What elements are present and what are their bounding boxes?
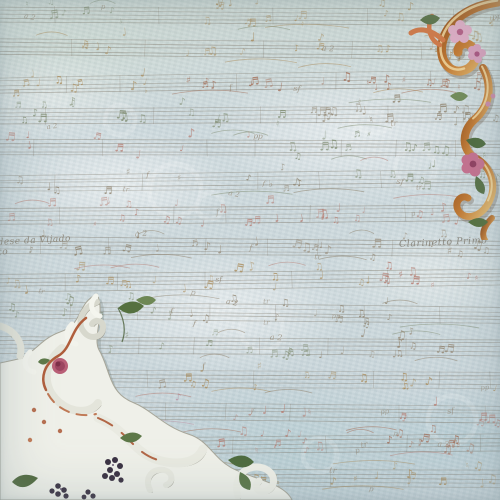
svg-text:♪: ♪ bbox=[104, 43, 113, 58]
svg-text:♬: ♬ bbox=[12, 89, 21, 100]
svg-text:♩: ♩ bbox=[478, 476, 485, 491]
svg-text:♩: ♩ bbox=[226, 0, 233, 10]
svg-text:♪: ♪ bbox=[279, 162, 287, 174]
svg-text:♮: ♮ bbox=[369, 114, 375, 125]
svg-text:♬: ♬ bbox=[438, 476, 447, 488]
svg-text:♪: ♪ bbox=[203, 77, 210, 88]
svg-text:♬: ♬ bbox=[190, 237, 199, 248]
svg-text:♬: ♬ bbox=[114, 141, 124, 155]
svg-text:♬: ♬ bbox=[115, 107, 127, 122]
svg-text:♬: ♬ bbox=[399, 412, 407, 422]
svg-text:a 2: a 2 bbox=[46, 122, 58, 131]
svg-text:p: p bbox=[354, 445, 361, 455]
svg-text:♫: ♫ bbox=[20, 115, 30, 126]
svg-text:♫: ♫ bbox=[313, 438, 326, 454]
svg-text:pp: pp bbox=[331, 312, 341, 320]
svg-text:♪: ♪ bbox=[386, 434, 393, 446]
svg-text:♫: ♫ bbox=[201, 14, 212, 27]
svg-text:♫: ♫ bbox=[44, 217, 54, 229]
svg-text:♪: ♪ bbox=[133, 207, 141, 219]
svg-text:♬: ♬ bbox=[14, 100, 22, 110]
svg-text:♬: ♬ bbox=[105, 275, 115, 287]
svg-text:♪: ♪ bbox=[74, 273, 82, 286]
svg-text:pp: pp bbox=[480, 383, 490, 392]
svg-text:♫: ♫ bbox=[487, 472, 499, 487]
svg-text:♯: ♯ bbox=[431, 280, 435, 289]
svg-text:♫: ♫ bbox=[384, 260, 394, 272]
svg-text:♬: ♬ bbox=[102, 245, 112, 257]
left-margin-inscription: edese da Vijado ato bbox=[0, 234, 72, 258]
svg-text:f: f bbox=[261, 179, 267, 187]
svg-text:♯: ♯ bbox=[474, 273, 478, 282]
svg-text:♫: ♫ bbox=[352, 166, 364, 181]
svg-text:♬: ♬ bbox=[4, 130, 16, 145]
svg-text:♩: ♩ bbox=[26, 139, 33, 152]
svg-text:♫: ♫ bbox=[186, 107, 196, 119]
svg-text:♪: ♪ bbox=[407, 326, 415, 338]
svg-text:♬: ♬ bbox=[344, 143, 353, 154]
svg-text:a 2: a 2 bbox=[228, 188, 241, 199]
svg-text:♮: ♮ bbox=[307, 408, 312, 418]
svg-text:♭: ♭ bbox=[119, 16, 124, 25]
svg-text:♩: ♩ bbox=[46, 181, 52, 193]
svg-text:♫: ♫ bbox=[395, 349, 405, 360]
svg-text:♯: ♯ bbox=[398, 269, 405, 281]
svg-text:♫: ♫ bbox=[482, 246, 490, 256]
svg-text:♩: ♩ bbox=[276, 80, 283, 95]
svg-text:♫: ♫ bbox=[301, 239, 313, 255]
svg-text:♪: ♪ bbox=[424, 374, 434, 389]
deep-pink-flower bbox=[462, 153, 485, 177]
svg-text:♩: ♩ bbox=[432, 394, 439, 409]
svg-text:♬: ♬ bbox=[92, 131, 102, 143]
svg-text:♩: ♩ bbox=[35, 77, 41, 89]
svg-text:♫: ♫ bbox=[137, 112, 148, 126]
svg-text:f: f bbox=[145, 170, 150, 179]
svg-text:♪: ♪ bbox=[325, 110, 334, 124]
svg-text:♮: ♮ bbox=[25, 0, 28, 8]
svg-text:♩: ♩ bbox=[249, 30, 256, 44]
svg-text:♩: ♩ bbox=[321, 129, 327, 143]
svg-text:♩: ♩ bbox=[320, 212, 325, 223]
svg-text:♬: ♬ bbox=[247, 17, 257, 30]
svg-text:♬: ♬ bbox=[81, 6, 91, 18]
svg-text:♩: ♩ bbox=[29, 68, 36, 81]
svg-text:♫: ♫ bbox=[381, 274, 392, 287]
bottom-left-rococo-flourish bbox=[0, 290, 300, 500]
svg-text:♪: ♪ bbox=[303, 446, 310, 457]
svg-text:♫: ♫ bbox=[327, 136, 340, 152]
svg-text:♩: ♩ bbox=[185, 49, 190, 59]
svg-text:♪: ♪ bbox=[245, 172, 252, 183]
svg-text:♪: ♪ bbox=[178, 96, 186, 109]
svg-text:♮: ♮ bbox=[465, 460, 470, 471]
svg-text:♭: ♭ bbox=[268, 179, 273, 190]
svg-text:♩: ♩ bbox=[313, 309, 318, 319]
svg-text:♫: ♫ bbox=[294, 152, 303, 163]
svg-text:♫: ♫ bbox=[464, 440, 478, 456]
svg-text:♪: ♪ bbox=[247, 259, 257, 274]
svg-text:♪: ♪ bbox=[408, 440, 415, 451]
svg-text:♫: ♫ bbox=[207, 273, 215, 283]
svg-text:♬: ♬ bbox=[300, 343, 309, 354]
svg-text:♬: ♬ bbox=[263, 14, 272, 25]
svg-text:♪: ♪ bbox=[130, 78, 138, 93]
svg-text:♫: ♫ bbox=[174, 215, 184, 227]
svg-text:♬: ♬ bbox=[436, 345, 446, 357]
svg-text:♩: ♩ bbox=[94, 40, 101, 54]
svg-text:♯: ♯ bbox=[353, 473, 357, 483]
svg-text:♩: ♩ bbox=[365, 274, 371, 287]
svg-text:♫: ♫ bbox=[394, 426, 406, 440]
svg-text:♯: ♯ bbox=[185, 75, 191, 87]
svg-text:♯: ♯ bbox=[93, 219, 98, 228]
svg-text:♩: ♩ bbox=[178, 144, 184, 155]
svg-text:♬: ♬ bbox=[327, 370, 337, 382]
svg-text:♫: ♫ bbox=[456, 248, 464, 259]
svg-text:tr: tr bbox=[122, 184, 130, 194]
svg-text:♬: ♬ bbox=[297, 8, 307, 22]
inscription-line-2: ato bbox=[0, 247, 8, 258]
svg-text:♬: ♬ bbox=[21, 77, 32, 90]
svg-text:♩: ♩ bbox=[362, 205, 366, 215]
svg-text:♯: ♯ bbox=[177, 174, 181, 184]
svg-text:♬: ♬ bbox=[6, 211, 17, 224]
svg-text:♬: ♬ bbox=[265, 193, 276, 207]
svg-text:♫: ♫ bbox=[269, 270, 280, 283]
svg-text:tr: tr bbox=[314, 252, 321, 261]
svg-text:♫: ♫ bbox=[406, 264, 419, 279]
svg-text:♪: ♪ bbox=[61, 7, 68, 18]
svg-text:♩: ♩ bbox=[319, 351, 323, 361]
svg-text:♫: ♫ bbox=[396, 327, 408, 342]
svg-text:♫: ♫ bbox=[39, 100, 48, 111]
svg-text:♫: ♫ bbox=[314, 261, 324, 273]
svg-text:♬: ♬ bbox=[368, 75, 377, 87]
svg-text:♩: ♩ bbox=[406, 474, 412, 487]
svg-text:♫: ♫ bbox=[52, 185, 61, 197]
svg-text:♩: ♩ bbox=[361, 103, 367, 117]
svg-text:♬: ♬ bbox=[97, 194, 109, 209]
svg-text:♫: ♫ bbox=[302, 370, 311, 381]
svg-text:♩: ♩ bbox=[154, 242, 161, 255]
svg-text:♫: ♫ bbox=[353, 214, 361, 224]
svg-text:♫: ♫ bbox=[358, 371, 369, 385]
svg-text:♩: ♩ bbox=[301, 404, 308, 419]
svg-text:pp: pp bbox=[380, 407, 390, 416]
svg-text:♬: ♬ bbox=[233, 260, 246, 276]
svg-text:p: p bbox=[101, 3, 107, 11]
svg-text:♪: ♪ bbox=[203, 239, 212, 254]
scrapbook-paper: ♬♬a 2♬♪♩♭♮♫♪♬♫p♫♬♬♪♬♩♩♮♩♪♫pp♫♫♪a 2♪♬♩♫♫♪… bbox=[0, 0, 500, 500]
svg-text:♪: ♪ bbox=[386, 313, 392, 323]
svg-text:♩: ♩ bbox=[216, 242, 223, 256]
svg-text:♬: ♬ bbox=[352, 128, 361, 139]
svg-text:♫: ♫ bbox=[124, 200, 133, 211]
svg-text:♪: ♪ bbox=[466, 271, 471, 281]
svg-text:♫: ♫ bbox=[368, 252, 377, 263]
svg-text:♫: ♫ bbox=[341, 70, 352, 84]
svg-text:♫: ♫ bbox=[80, 39, 90, 51]
svg-text:♩: ♩ bbox=[200, 219, 205, 229]
svg-text:♪: ♪ bbox=[293, 44, 300, 55]
svg-text:♫: ♫ bbox=[368, 350, 377, 361]
svg-text:♬: ♬ bbox=[475, 417, 486, 430]
svg-text:♩: ♩ bbox=[135, 147, 143, 162]
svg-text:♩: ♩ bbox=[319, 240, 323, 250]
svg-text:♩: ♩ bbox=[320, 76, 325, 87]
svg-text:♭: ♭ bbox=[144, 86, 148, 95]
svg-text:♪: ♪ bbox=[324, 242, 333, 258]
svg-text:♯: ♯ bbox=[366, 129, 371, 139]
svg-text:♫: ♫ bbox=[15, 174, 25, 187]
svg-text:♫: ♫ bbox=[53, 74, 64, 87]
svg-text:♫: ♫ bbox=[161, 214, 172, 226]
svg-text:♫: ♫ bbox=[357, 278, 366, 289]
svg-text:♫: ♫ bbox=[409, 342, 417, 352]
svg-text:♬: ♬ bbox=[121, 242, 133, 256]
svg-text:♬: ♬ bbox=[277, 108, 287, 121]
svg-text:♫: ♫ bbox=[331, 215, 340, 226]
svg-text:♫: ♫ bbox=[69, 82, 79, 95]
inscription-line-1: edese da Vijado bbox=[0, 234, 71, 248]
svg-text:♬: ♬ bbox=[47, 7, 60, 22]
svg-text:♪: ♪ bbox=[238, 46, 246, 58]
svg-text:♪: ♪ bbox=[5, 275, 11, 285]
svg-text:sf: sf bbox=[446, 406, 457, 416]
svg-text:♩: ♩ bbox=[340, 345, 346, 357]
svg-text:♪: ♪ bbox=[296, 179, 304, 190]
svg-text:♪: ♪ bbox=[109, 6, 115, 16]
svg-text:♬: ♬ bbox=[249, 74, 260, 88]
svg-text:♫: ♫ bbox=[428, 424, 438, 436]
svg-text:♪: ♪ bbox=[409, 376, 417, 390]
svg-text:♪: ♪ bbox=[391, 461, 399, 473]
svg-text:♯: ♯ bbox=[126, 167, 131, 178]
svg-text:♩: ♩ bbox=[374, 471, 379, 482]
svg-text:♬: ♬ bbox=[244, 218, 254, 230]
svg-text:a 2: a 2 bbox=[134, 228, 147, 239]
svg-text:tr: tr bbox=[360, 439, 370, 449]
svg-text:♬: ♬ bbox=[282, 183, 291, 194]
svg-text:♫: ♫ bbox=[492, 417, 500, 430]
svg-text:♫: ♫ bbox=[118, 214, 126, 224]
svg-text:♩: ♩ bbox=[254, 0, 259, 7]
svg-text:♪: ♪ bbox=[187, 125, 195, 140]
svg-text:♬: ♬ bbox=[252, 215, 261, 226]
svg-text:♫: ♫ bbox=[472, 458, 484, 473]
svg-text:♫: ♫ bbox=[47, 0, 55, 6]
svg-text:a 2: a 2 bbox=[23, 11, 36, 22]
top-right-floral-flourish bbox=[380, 0, 500, 240]
svg-text:♩: ♩ bbox=[335, 201, 341, 215]
svg-text:♩: ♩ bbox=[121, 26, 127, 39]
svg-text:♫: ♫ bbox=[219, 110, 231, 125]
